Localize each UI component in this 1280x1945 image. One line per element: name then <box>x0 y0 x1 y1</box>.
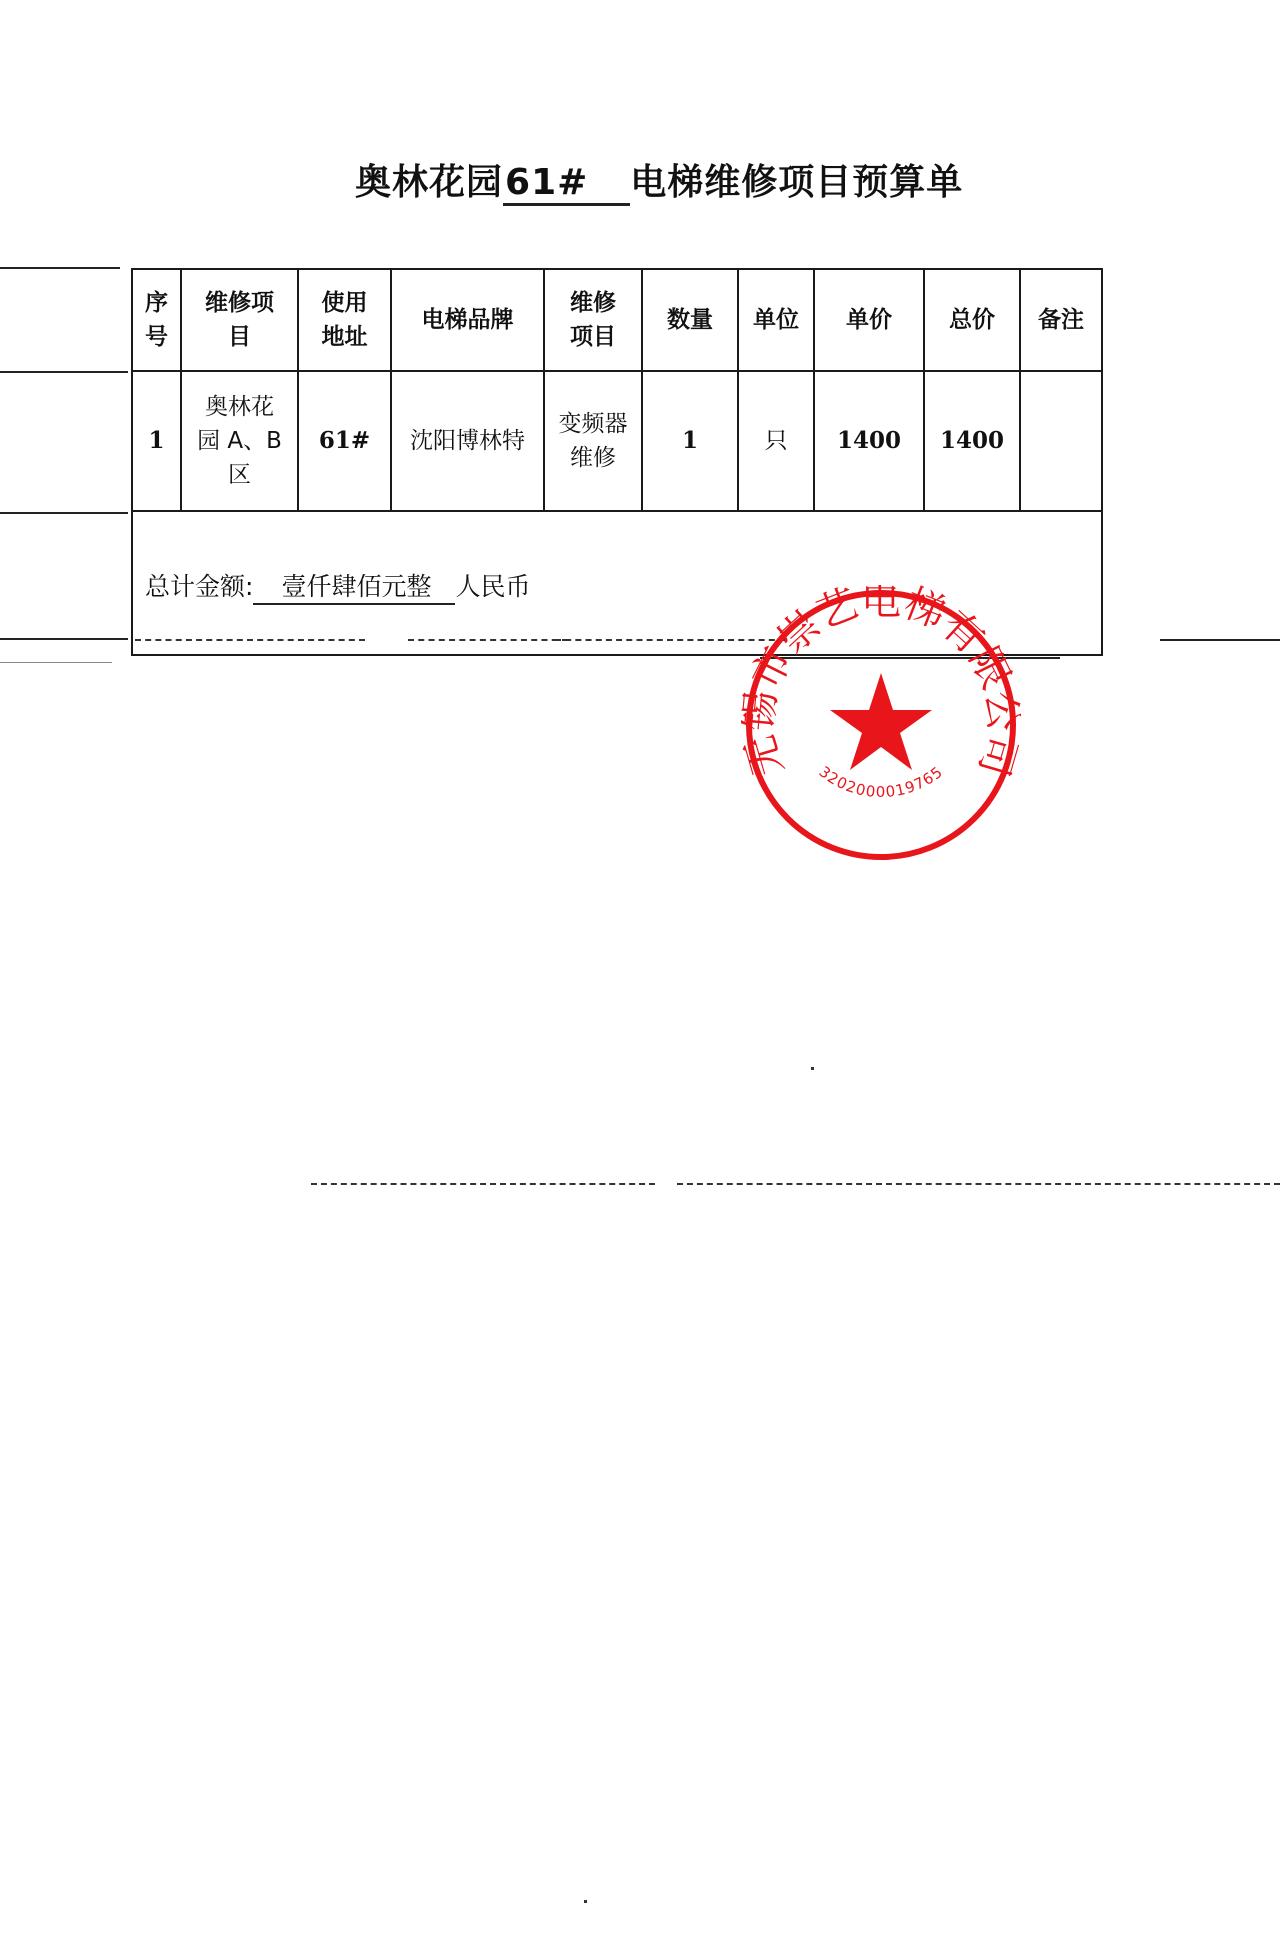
title-building: 61# <box>505 162 588 203</box>
red-star-icon <box>830 673 932 770</box>
scan-line <box>135 639 365 641</box>
header-remark: 备注 <box>1020 269 1102 371</box>
scan-line <box>0 371 128 373</box>
table-row: 1 奥林花园 A、B区 61# 沈阳博林特 变频器维修 1 只 1400 140… <box>132 371 1102 511</box>
cell-brand: 沈阳博林特 <box>391 371 544 511</box>
scan-line <box>408 639 568 641</box>
title-prefix: 奥林花园 <box>355 162 503 203</box>
scan-line <box>0 512 128 514</box>
header-project: 维修项目 <box>181 269 298 371</box>
scan-dot <box>584 1900 587 1903</box>
scan-line <box>500 1183 655 1185</box>
scan-line <box>677 1183 1280 1185</box>
header-unit-price: 单价 <box>814 269 924 371</box>
seal-code: 3202000019765 <box>816 763 947 801</box>
total-amount-words: 壹仟肆佰元整 <box>253 571 455 605</box>
cell-repair-item: 变频器维修 <box>544 371 642 511</box>
header-address: 使用地址 <box>298 269 391 371</box>
cell-project: 奥林花园 A、B区 <box>181 371 298 511</box>
total-currency: 人民币 <box>455 572 530 601</box>
total-label: 总计金额: <box>145 572 253 601</box>
scan-line <box>0 267 120 269</box>
cell-total-price: 1400 <box>924 371 1020 511</box>
total-amount-line: 总计金额:壹仟肆佰元整人民币 <box>145 570 530 605</box>
cell-address: 61# <box>298 371 391 511</box>
cell-unit: 只 <box>738 371 814 511</box>
title-building-field: 61# <box>503 163 630 206</box>
header-total-price: 总价 <box>924 269 1020 371</box>
scan-line <box>1160 639 1280 641</box>
table-header-row: 序号 维修项目 使用地址 电梯品牌 维修项目 数量 单位 单价 总价 备注 <box>132 269 1102 371</box>
company-seal: 无锡市崇艺电梯有限公司 3202000019765 <box>741 585 1021 865</box>
title-suffix: 电梯维修项目预算单 <box>630 162 963 203</box>
header-unit: 单位 <box>738 269 814 371</box>
scan-line <box>0 638 128 640</box>
cell-index: 1 <box>132 371 181 511</box>
header-quantity: 数量 <box>642 269 738 371</box>
document-title: 奥林花园61#电梯维修项目预算单 <box>355 158 955 208</box>
header-index: 序号 <box>132 269 181 371</box>
cell-quantity: 1 <box>642 371 738 511</box>
cell-unit-price: 1400 <box>814 371 924 511</box>
scan-dot <box>811 1067 814 1070</box>
scan-line <box>0 662 112 663</box>
cell-remark <box>1020 371 1102 511</box>
header-brand: 电梯品牌 <box>391 269 544 371</box>
header-repair-item: 维修项目 <box>544 269 642 371</box>
scan-line <box>311 1183 496 1185</box>
